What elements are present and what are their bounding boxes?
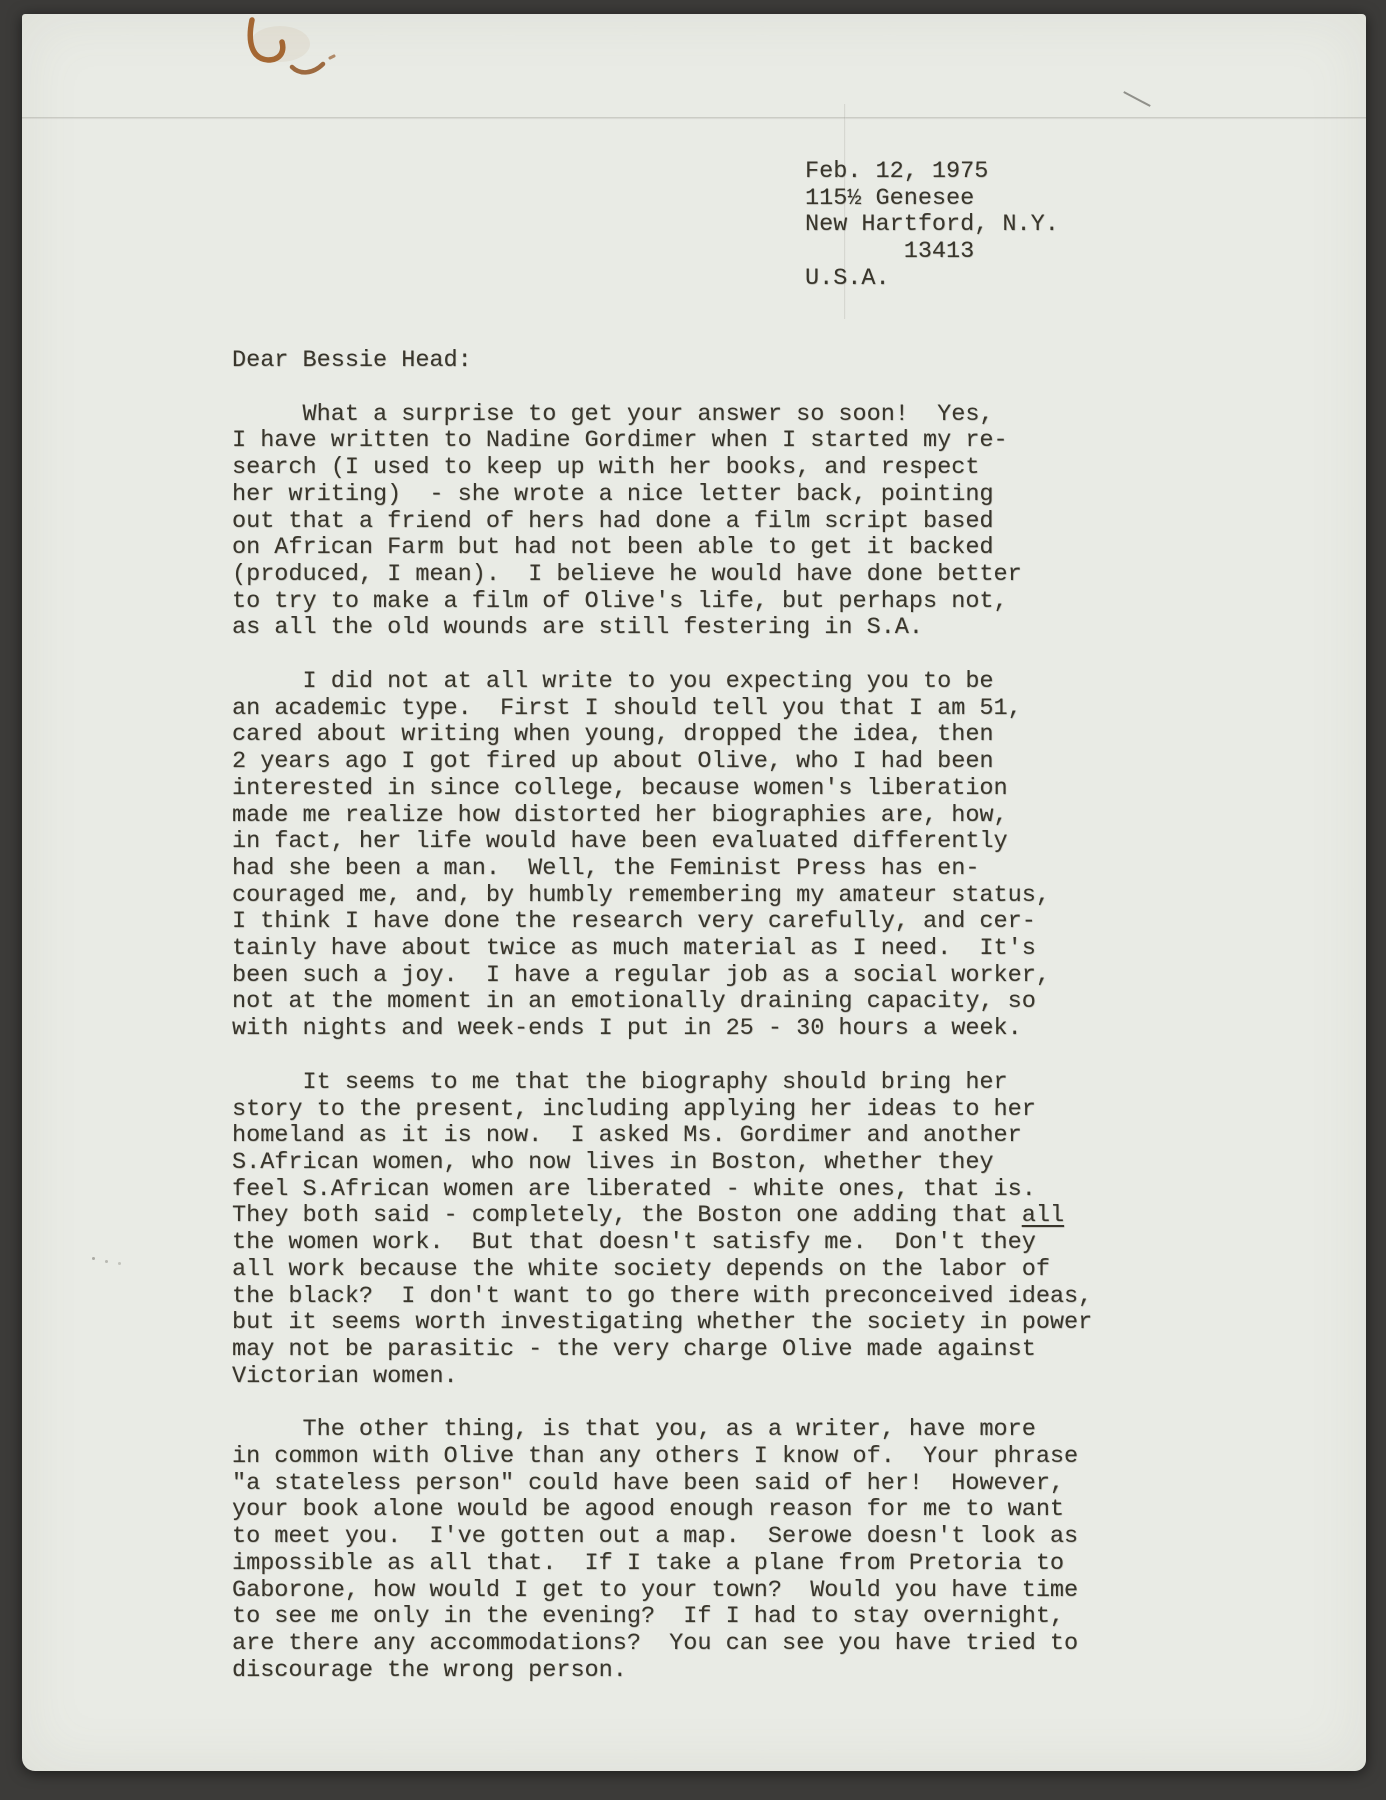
line-segment: They both said - completely, the Boston …: [232, 1202, 1022, 1229]
salutation: Dear Bessie Head:: [232, 348, 1232, 375]
letter-line: to meet you. I've gotten out a map. Sero…: [232, 1524, 1232, 1551]
letter-line: interested in since college, because wom…: [232, 776, 1232, 803]
letter-page: Feb. 12, 1975 115½ Genesee New Hartford,…: [22, 14, 1366, 1771]
letter-line: search (I used to keep up with her books…: [232, 455, 1232, 482]
letter-line: S.African women, who now lives in Boston…: [232, 1150, 1232, 1177]
letter-line: to see me only in the evening? If I had …: [232, 1604, 1232, 1631]
scan-backdrop: Feb. 12, 1975 115½ Genesee New Hartford,…: [0, 0, 1386, 1800]
letter-line: It seems to me that the biography should…: [232, 1070, 1232, 1097]
paperclip-rust-stain: [22, 14, 402, 124]
letter-line: couraged me, and, by humbly remembering …: [232, 883, 1232, 910]
letter-line: in common with Olive than any others I k…: [232, 1444, 1232, 1471]
letter-line: your book alone would be agood enough re…: [232, 1497, 1232, 1524]
pen-scratch-mark: [1123, 91, 1150, 107]
letter-line: been such a joy. I have a regular job as…: [232, 963, 1232, 990]
letter-line: the women work. But that doesn't satisfy…: [232, 1230, 1232, 1257]
letter-line: homeland as it is now. I asked Ms. Gordi…: [232, 1123, 1232, 1150]
letter-paragraph: The other thing, is that you, as a write…: [232, 1417, 1232, 1684]
letter-line: I think I have done the research very ca…: [232, 909, 1232, 936]
date-line: Feb. 12, 1975: [805, 159, 1059, 186]
letter-line: as all the old wounds are still festerin…: [232, 615, 1232, 642]
letter-line: on African Farm but had not been able to…: [232, 535, 1232, 562]
letter-line: in fact, her life would have been evalua…: [232, 829, 1232, 856]
address-zip: 13413: [805, 239, 1059, 266]
address-city: New Hartford, N.Y.: [805, 212, 1059, 239]
address-street: 115½ Genesee: [805, 186, 1059, 213]
letter-line: had she been a man. Well, the Feminist P…: [232, 856, 1232, 883]
letter-paragraphs: What a surprise to get your answer so so…: [232, 402, 1232, 1685]
letter-line: to try to make a film of Olive's life, b…: [232, 589, 1232, 616]
letter-line: I have written to Nadine Gordimer when I…: [232, 428, 1232, 455]
letter-line: story to the present, including applying…: [232, 1097, 1232, 1124]
letter-line: discourage the wrong person.: [232, 1658, 1232, 1685]
letter-line: What a surprise to get your answer so so…: [232, 402, 1232, 429]
letter-line: 2 years ago I got fired up about Olive, …: [232, 749, 1232, 776]
letter-line: Victorian women.: [232, 1364, 1232, 1391]
address-country: U.S.A.: [805, 266, 1059, 293]
letter-paragraph: What a surprise to get your answer so so…: [232, 402, 1232, 642]
letter-line: "a stateless person" could have been sai…: [232, 1471, 1232, 1498]
letter-line: feel S.African women are liberated - whi…: [232, 1177, 1232, 1204]
letter-line: The other thing, is that you, as a write…: [232, 1417, 1232, 1444]
return-address-block: Feb. 12, 1975 115½ Genesee New Hartford,…: [805, 159, 1059, 293]
letter-line: I did not at all write to you expecting …: [232, 669, 1232, 696]
letter-line: Gaborone, how would I get to your town? …: [232, 1578, 1232, 1605]
letter-line: her writing) - she wrote a nice letter b…: [232, 482, 1232, 509]
letter-paragraph: I did not at all write to you expecting …: [232, 669, 1232, 1043]
letter-line: are there any accommodations? You can se…: [232, 1631, 1232, 1658]
letter-line: the black? I don't want to go there with…: [232, 1284, 1232, 1311]
letter-line: out that a friend of hers had done a fil…: [232, 509, 1232, 536]
letter-line: an academic type. First I should tell yo…: [232, 696, 1232, 723]
letter-paragraph: It seems to me that the biography should…: [232, 1070, 1232, 1390]
letter-line: They both said - completely, the Boston …: [232, 1203, 1232, 1230]
letter-line: (produced, I mean). I believe he would h…: [232, 562, 1232, 589]
letter-line: may not be parasitic - the very charge O…: [232, 1337, 1232, 1364]
letter-line: cared about writing when young, dropped …: [232, 722, 1232, 749]
letter-line: with nights and week-ends I put in 25 - …: [232, 1016, 1232, 1043]
letter-line: impossible as all that. If I take a plan…: [232, 1551, 1232, 1578]
letter-line: tainly have about twice as much material…: [232, 936, 1232, 963]
dust-specks: [92, 1257, 95, 1260]
underlined-word: all: [1022, 1202, 1064, 1229]
letter-body: Dear Bessie Head: What a surprise to get…: [232, 348, 1232, 1711]
letter-line: made me realize how distorted her biogra…: [232, 803, 1232, 830]
letter-line: but it seems worth investigating whether…: [232, 1310, 1232, 1337]
horizontal-fold-crease: [22, 117, 1366, 120]
letter-line: not at the moment in an emotionally drai…: [232, 989, 1232, 1016]
letter-line: all work because the white society depen…: [232, 1257, 1232, 1284]
